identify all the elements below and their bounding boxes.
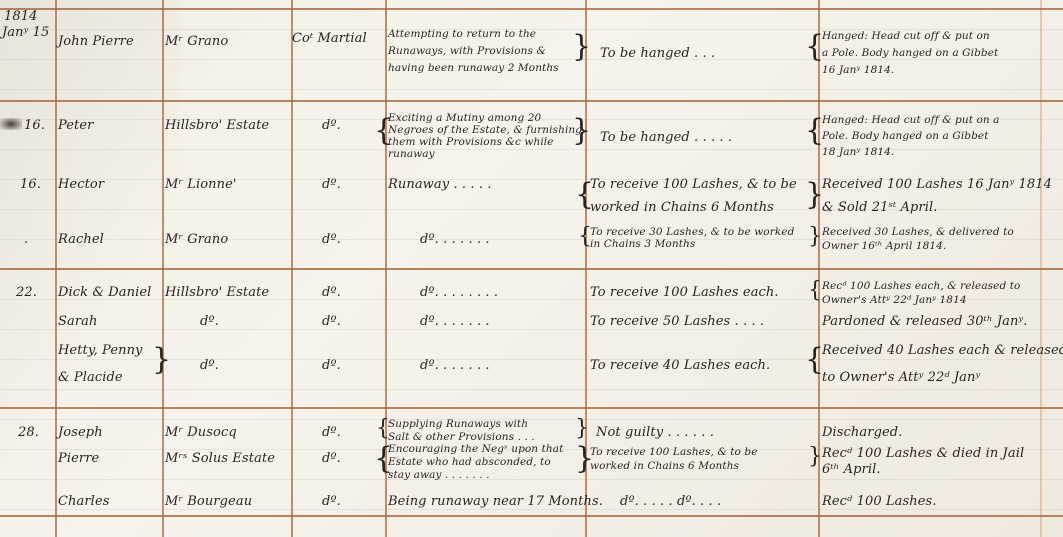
entry-owner: Mʳ Grano (165, 34, 228, 49)
entry-court: Coᵗ Martial (292, 31, 367, 46)
entry-offence-line: Salt & other Provisions . . . (388, 431, 535, 443)
entry-name: Dick & Daniel (58, 285, 151, 300)
brace-icon: } (152, 345, 171, 375)
entry-name: Charles (58, 494, 110, 509)
entry-owner: Mʳ Bourgeau (165, 494, 252, 509)
entry-name: Hector (58, 177, 104, 192)
entry-court: dº. (322, 494, 341, 509)
brace-icon: } (575, 418, 589, 440)
brace-icon: { (808, 280, 822, 302)
entry-sentence: To receive 50 Lashes . . . . (590, 314, 764, 329)
entry-owner: Hillsbro' Estate (165, 285, 269, 300)
entry-court: dº. (322, 451, 341, 466)
entry-offence-line: Runaways, with Provisions & (388, 45, 546, 57)
entry-result-line: 16 Janʸ 1814. (822, 64, 894, 76)
entry-sentence-line: worked in Chains 6 Months (590, 460, 739, 472)
entry-name: Joseph (58, 425, 103, 440)
entry-offence-line: having been runaway 2 Months (388, 62, 559, 74)
ledger-page: 1814 Janʸ 15 John Pierre Mʳ Grano Coᵗ Ma… (0, 0, 1063, 537)
entry-court: dº. (322, 232, 341, 247)
brace-icon: } (808, 226, 822, 248)
entry-owner: Mʳ Dusocq (165, 425, 237, 440)
entry-name: Rachel (58, 232, 104, 247)
entry-court: dº. (322, 314, 341, 329)
entry-sentence-line: To receive 100 Lashes, & to be (590, 446, 758, 458)
entry-name: Pierre (58, 451, 99, 466)
entry-offence-line: dº. . . . . . . . (420, 285, 498, 300)
row-rule (0, 268, 1063, 270)
entry-result-line: Recᵈ 100 Lashes. (822, 494, 937, 509)
entry-name: Peter (58, 118, 94, 133)
brace-icon: } (572, 116, 591, 146)
entry-sentence: To be hanged . . . . . (600, 130, 732, 145)
entry-result-line: to Owner's Attʸ 22ᵈ Janʸ (822, 370, 980, 385)
entry-court: dº. (322, 177, 341, 192)
entry-sentence: To receive 40 Lashes each. (590, 358, 770, 373)
entry-result-line: Received 100 Lashes 16 Janʸ 1814 (822, 177, 1052, 192)
entry-offence-line: Attempting to return to the (388, 28, 536, 40)
entry-offence-line: stay away . . . . . . . (388, 469, 490, 481)
entry-result-line: Discharged. (822, 425, 902, 440)
entry-result-line: Pole. Body hanged on a Gibbet (822, 130, 989, 142)
entry-sentence-line: To receive 30 Lashes, & to be worked (590, 226, 794, 238)
entry-result-line: Recᵈ 100 Lashes each, & released to (822, 280, 1020, 292)
entry-owner: dº. (200, 314, 219, 329)
entry-result-line: & Sold 21ˢᵗ April. (822, 200, 937, 215)
entry-offence-line: dº. . . . . . . (420, 358, 490, 373)
entry-offence-line: Runaway . . . . . (388, 177, 492, 192)
entry-result-line: 18 Janʸ 1814. (822, 146, 894, 158)
entry-owner: Mʳ Lionne' (165, 177, 237, 192)
entry-result-line: Pardoned & released 30ᵗʰ Janʸ. (822, 314, 1027, 329)
row-rule (0, 8, 1063, 10)
entry-name-line: Hetty, Penny (58, 343, 143, 358)
entry-offence-line: Exciting a Mutiny among 20 (388, 112, 541, 124)
entry-date: 28. (18, 425, 39, 440)
entry-offence-line: Negroes of the Estate, & furnishing (388, 124, 582, 136)
entry-sentence: dº. . . . . dº. . . . (620, 494, 721, 509)
ink-blot (0, 118, 22, 130)
entry-sentence-line: To receive 100 Lashes, & to be (590, 177, 797, 192)
entry-result-line: Hanged: Head cut off & put on (822, 30, 990, 42)
entry-date: 16. (24, 118, 45, 133)
entry-offence-line: Encouraging the Negˢ upon that (388, 443, 563, 455)
entry-court: dº. (322, 358, 341, 373)
entry-offence-line: Estate who had absconded, to (388, 456, 551, 468)
entry-owner: Mʳˢ Solus Estate (165, 451, 275, 466)
entry-offence-line: runaway (388, 148, 435, 160)
entry-sentence: Not guilty . . . . . . (596, 425, 714, 440)
entry-result-line: Hanged: Head cut off & put on a (822, 114, 1000, 126)
entry-offence-line: them with Provisions &c while (388, 136, 554, 148)
brace-icon: } (572, 32, 591, 62)
entry-date: 16. (20, 177, 41, 192)
entry-offence-line: Supplying Runaways with (388, 418, 528, 430)
entry-owner: Hillsbro' Estate (165, 118, 269, 133)
entry-sentence-line: in Chains 3 Months (590, 238, 695, 250)
entry-sentence-line: worked in Chains 6 Months (590, 200, 774, 215)
entry-owner: Mʳ Grano (165, 232, 228, 247)
entry-result-line: a Pole. Body hanged on a Gibbet (822, 47, 998, 59)
entry-result-line: Received 30 Lashes, & delivered to (822, 226, 1014, 238)
entry-result-line: Received 40 Lashes each & released (822, 343, 1063, 358)
entry-date: Janʸ 15 (2, 25, 49, 40)
entry-offence-line: dº. . . . . . . (420, 232, 490, 247)
row-rule (0, 515, 1063, 517)
brace-icon: } (808, 446, 822, 468)
entry-court: dº. (322, 118, 341, 133)
entry-name: John Pierre (58, 34, 134, 49)
entry-result-line: Recᵈ 100 Lashes & died in Jail (822, 446, 1024, 461)
entry-sentence: To receive 100 Lashes each. (590, 285, 779, 300)
entry-court: dº. (322, 285, 341, 300)
entry-result-line: Owner's Attʸ 22ᵈ Janʸ 1814 (822, 294, 967, 306)
entry-owner: dº. (200, 358, 219, 373)
year-label: 1814 (4, 9, 37, 24)
entry-sentence: To be hanged . . . (600, 46, 715, 61)
entry-date: . (24, 232, 28, 247)
entry-name-line: & Placide (58, 370, 123, 385)
row-rule (0, 407, 1063, 409)
entry-name: Sarah (58, 314, 98, 329)
entry-date: 22. (16, 285, 37, 300)
entry-offence-line: dº. . . . . . . (420, 314, 490, 329)
row-rule (0, 100, 1063, 102)
entry-result-line: 6ᵗʰ April. (822, 462, 881, 477)
entry-result-line: Owner 16ᵗʰ April 1814. (822, 240, 946, 252)
entry-offence-line: Being runaway near 17 Months. (388, 494, 603, 509)
entry-court: dº. (322, 425, 341, 440)
